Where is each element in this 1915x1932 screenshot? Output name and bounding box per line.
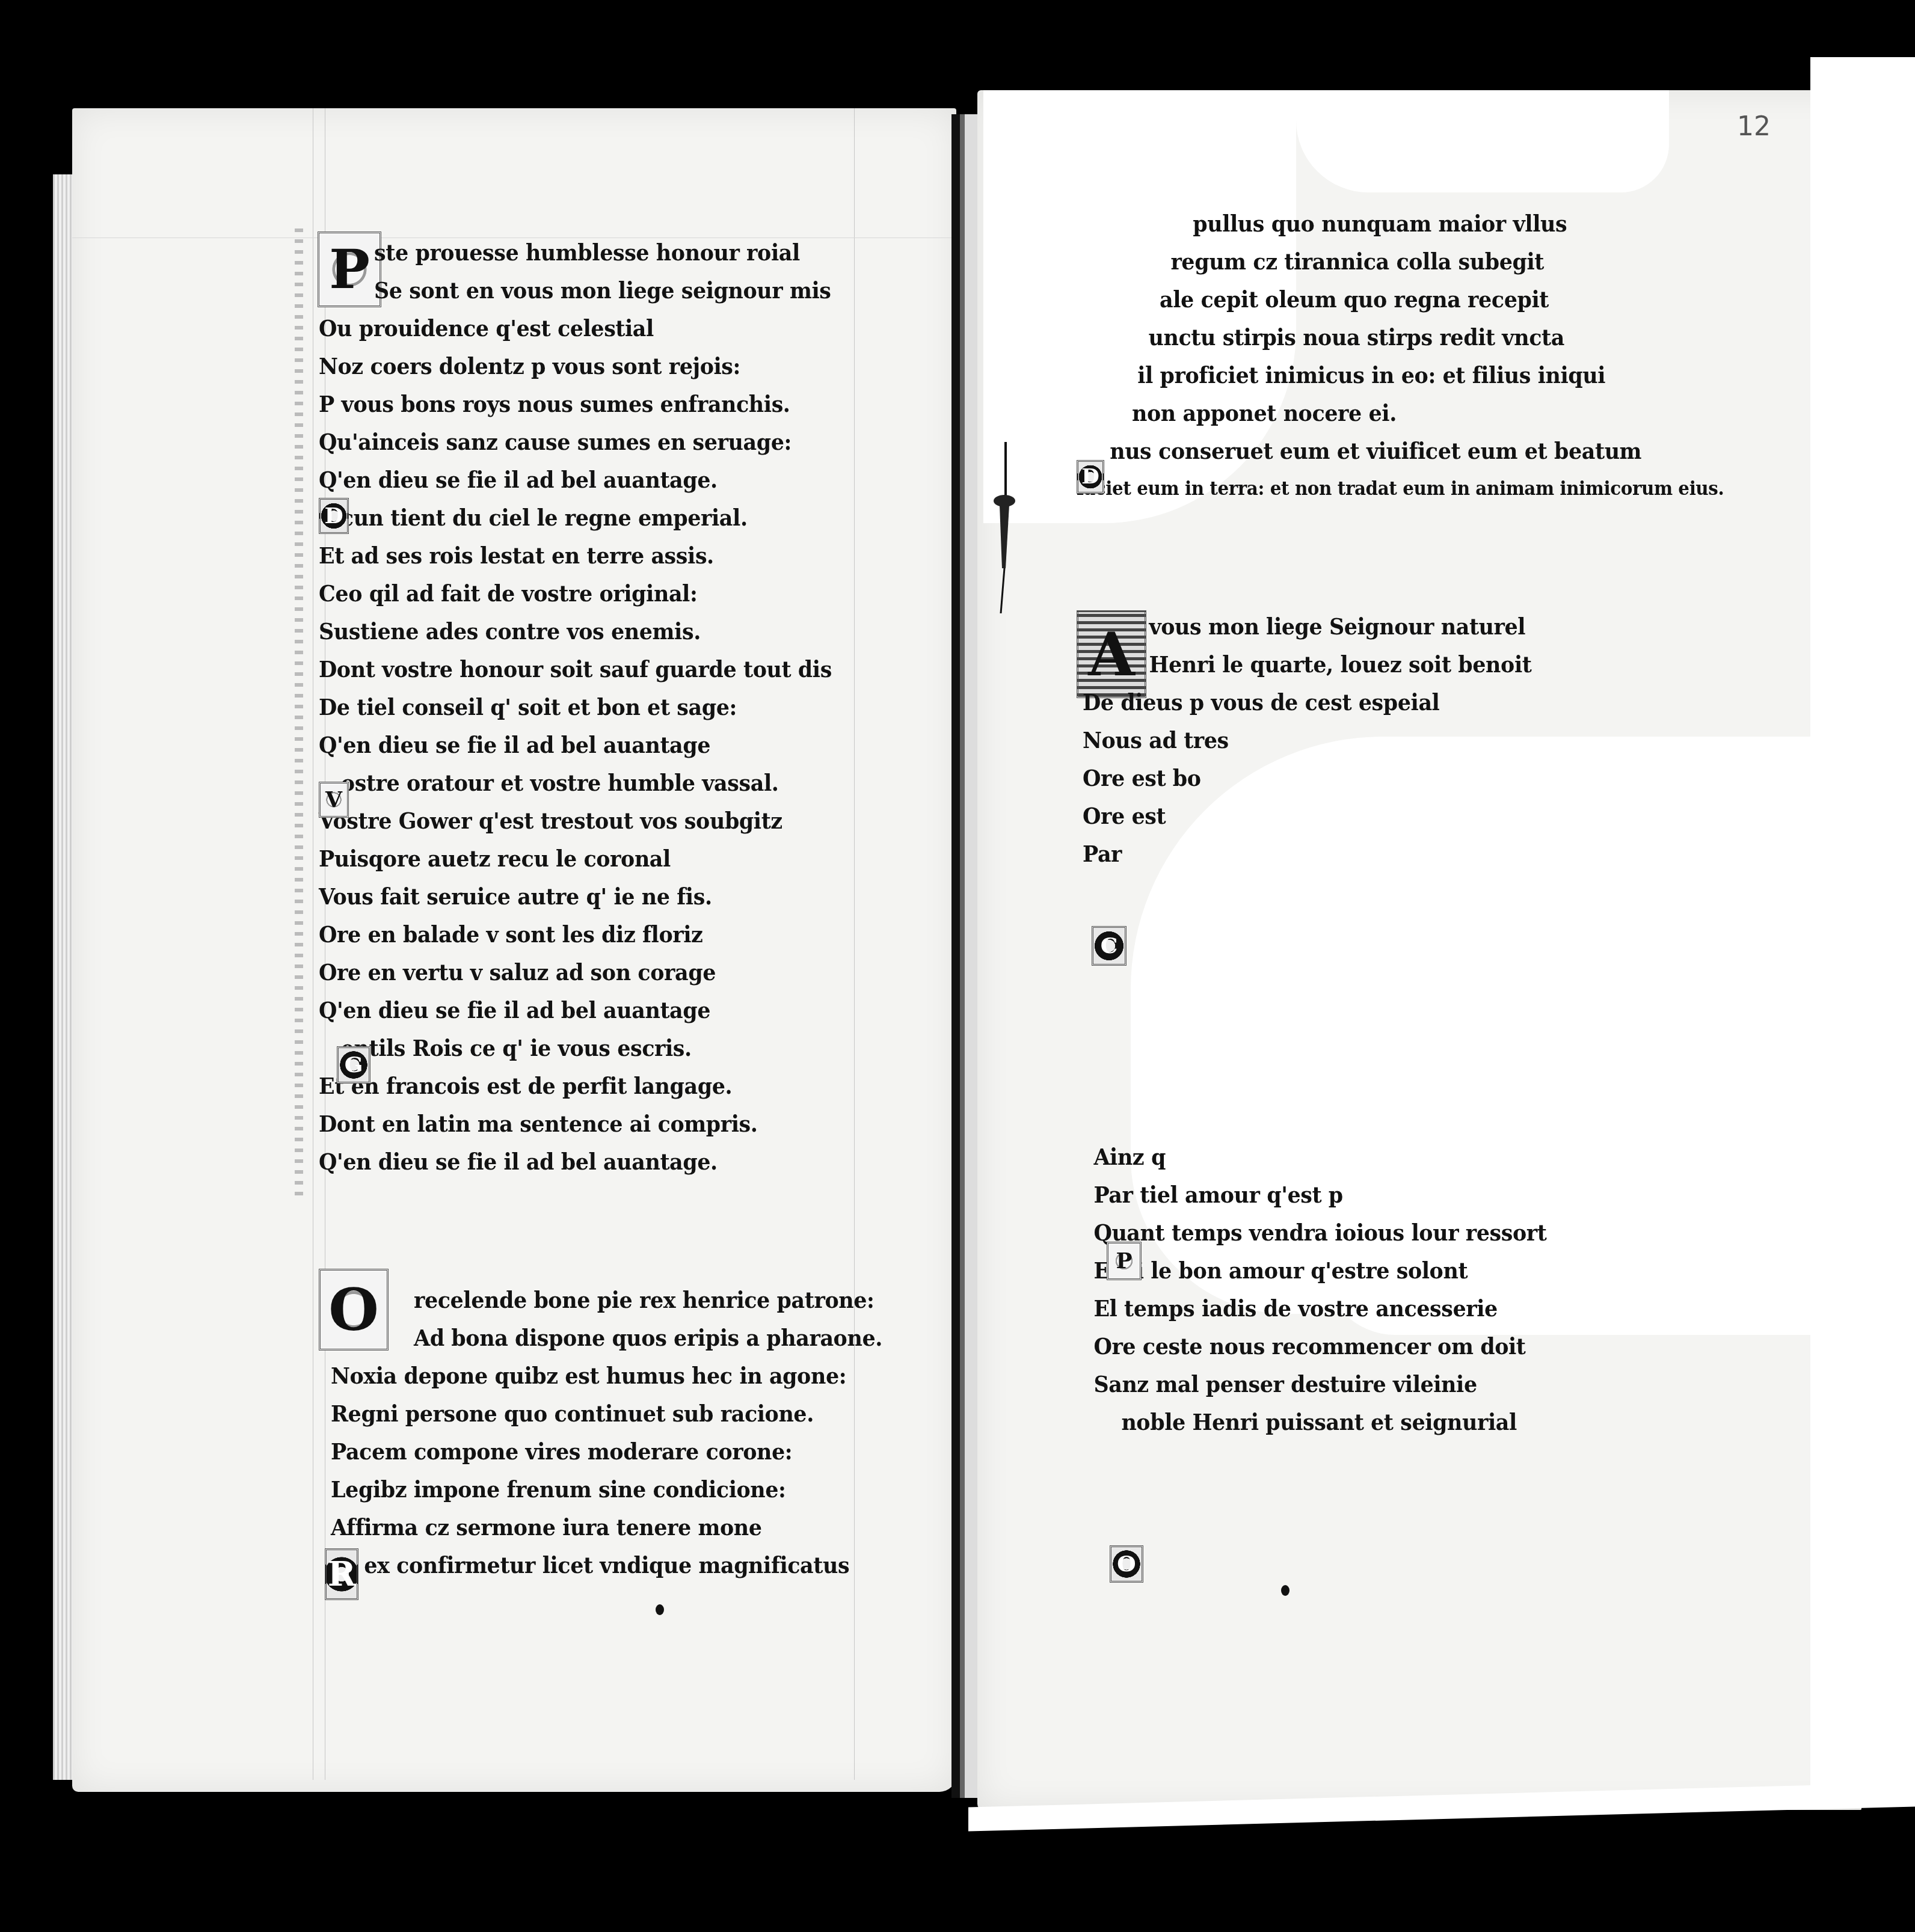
verse-line: Ensi le bon amour q'estre solont (1083, 1251, 1547, 1289)
verse-line: Vous fait seruice autre q' ie ne fis. (319, 877, 832, 915)
poem-2-text: recelende bone pie rex henrice patrone: … (331, 1281, 930, 1584)
marginal-dagger-drawing (992, 442, 1016, 616)
verse-line: Dont vostre honour soit sauf guarde tout… (319, 650, 832, 688)
verse-line: Quant temps vendra ioious lour ressort (1083, 1213, 1547, 1251)
verse-line: Pacem compone vires moderare corone: (331, 1432, 882, 1470)
decorated-initial-G: G (337, 1046, 370, 1084)
verse-line: Ore est bo (1083, 759, 1547, 797)
verse-line: Q'en dieu se fie il ad bel auantage (319, 726, 832, 764)
torn-area-top-notch (1296, 90, 1669, 192)
verse-line: Ainz q (1083, 1138, 1547, 1176)
verse-line: El temps iadis de vostre ancesserie (1083, 1289, 1547, 1327)
verse-line: recelende bone pie rex henrice patrone: (331, 1281, 882, 1319)
verse-line: Regni persone quo continuet sub racione. (331, 1394, 882, 1432)
verse-line-lost (1083, 1062, 1547, 1100)
verse-line: Ore en vertu v saluz ad son corage (319, 953, 832, 991)
prose-line: regum cz tirannica colla subegit (1077, 242, 1724, 280)
prose-line: nus conseruet eum et viuificet eum et be… (1077, 432, 1724, 470)
verse-line: Ore ceste nous recommencer om doit (1083, 1327, 1547, 1365)
prose-line: non apponet nocere ei. (1077, 394, 1724, 432)
verse-line: Et en francois est de perfit langage. (319, 1067, 832, 1105)
verse-line: P vous bons roys nous sumes enfranchis. (319, 385, 832, 423)
prose-line: unctu stirpis noua stirps redit vncta (1077, 318, 1724, 356)
verse-line-lost (1083, 910, 1547, 948)
verse-line: Par tiel amour q'est p (1083, 1176, 1547, 1213)
prose-line: faciet eum in terra: et non tradat eum i… (1077, 470, 1724, 508)
verse-line: Sanz mal penser destuire vileinie (1083, 1365, 1547, 1403)
verse-line: Affirma cz sermone iura tenere mone (331, 1508, 882, 1546)
verse-line: Noz coers dolentz p vous sont rejois: (319, 347, 832, 385)
prose-line: ale cepit oleum quo regna recepit (1077, 280, 1724, 318)
prose-line: pullus quo nunquam maior vllus (1077, 204, 1724, 242)
verse-line: Puisqore auetz recu le coronal (319, 839, 832, 877)
decorated-initial-C: C (1092, 926, 1127, 966)
verse-line: cun tient du ciel le regne emperial. (319, 498, 832, 536)
decorated-initial-D-prose: D (1077, 460, 1104, 494)
book-gutter (951, 114, 978, 1798)
verse-line: Ore est (1083, 797, 1547, 835)
verse-line: Legibz impone frenum sine condicione: (331, 1470, 882, 1508)
verse-line: Vostre Gower q'est trestout vos soubgitz (319, 802, 832, 839)
verse-line: ex confirmetur licet vndique magnificatu… (331, 1546, 882, 1584)
verse-line: Dont en latin ma sentence ai compris. (319, 1105, 832, 1142)
verse-line: Se sont en vous mon liege seignour mis (319, 271, 832, 309)
verse-line-lost (1083, 948, 1547, 986)
verse-line: Q'en dieu se fie il ad bel auantage. (319, 1142, 832, 1180)
ink-dot (1281, 1585, 1289, 1596)
folio-number: 12 (1737, 111, 1771, 142)
verse-line: Et ad ses rois lestat en terre assis. (319, 536, 832, 574)
verse-line: Noxia depone quibz est humus hec in agon… (331, 1357, 882, 1394)
verse-line-lost (1083, 1024, 1547, 1062)
verse-line: vous mon liege Seignour naturel (1083, 607, 1547, 645)
verse-line: Sustiene ades contre vos enemis. (319, 612, 832, 650)
verse-line: Ceo qil ad fait de vostre original: (319, 574, 832, 612)
verse-line: Q'en dieu se fie il ad bel auantage (319, 991, 832, 1029)
decorated-initial-P: P (1107, 1242, 1142, 1280)
verse-line: Ad bona dispone quos eripis a pharaone. (331, 1319, 882, 1357)
verse-line: Ore en balade v sont les diz floriz (319, 915, 832, 953)
verse-line: Ou prouidence q'est celestial (319, 309, 832, 347)
decorated-initial-D: D (319, 498, 349, 534)
left-ruling-line (313, 108, 313, 1780)
decorated-initial-R: R (325, 1548, 358, 1600)
verse-line: De tiel conseil q' soit et bon et sage: (319, 688, 832, 726)
verse-line: Qu'ainceis sanz cause sumes en seruage: (319, 423, 832, 461)
verse-line: Q'en dieu se fie il ad bel auantage. (319, 461, 832, 498)
poem-3-text: vous mon liege Seignour naturel Henri le… (1083, 607, 1587, 1441)
marginal-border-decoration (295, 228, 303, 1203)
verse-line: Henri le quarte, louez soit benoit (1083, 645, 1547, 683)
poem-1-text: ste prouesse humblesse honour roial Se s… (319, 233, 876, 1180)
verse-line: ste prouesse humblesse honour roial (319, 233, 832, 271)
latin-prose-text: pullus quo nunquam maior vllus regum cz … (1077, 204, 1780, 508)
ink-dot (656, 1604, 664, 1615)
verse-line: De dieus p vous de cest espeial (1083, 683, 1547, 721)
verse-line: Nous ad tres (1083, 721, 1547, 759)
verse-line-lost (1083, 1100, 1547, 1138)
verse-line: noble Henri puissant et seignurial (1083, 1403, 1547, 1441)
verse-line-lost (1083, 872, 1547, 910)
verse-line: entils Rois ce q' ie vous escris. (319, 1029, 832, 1067)
verse-line: ostre oratour et vostre humble vassal. (319, 764, 832, 802)
decorated-initial-V: V (319, 782, 349, 818)
decorated-initial-O: O (1110, 1545, 1143, 1583)
prose-line: il proficiet inimicus in eo: et filius i… (1077, 356, 1724, 394)
verse-line-lost (1083, 986, 1547, 1024)
verse-line: Par (1083, 835, 1547, 872)
